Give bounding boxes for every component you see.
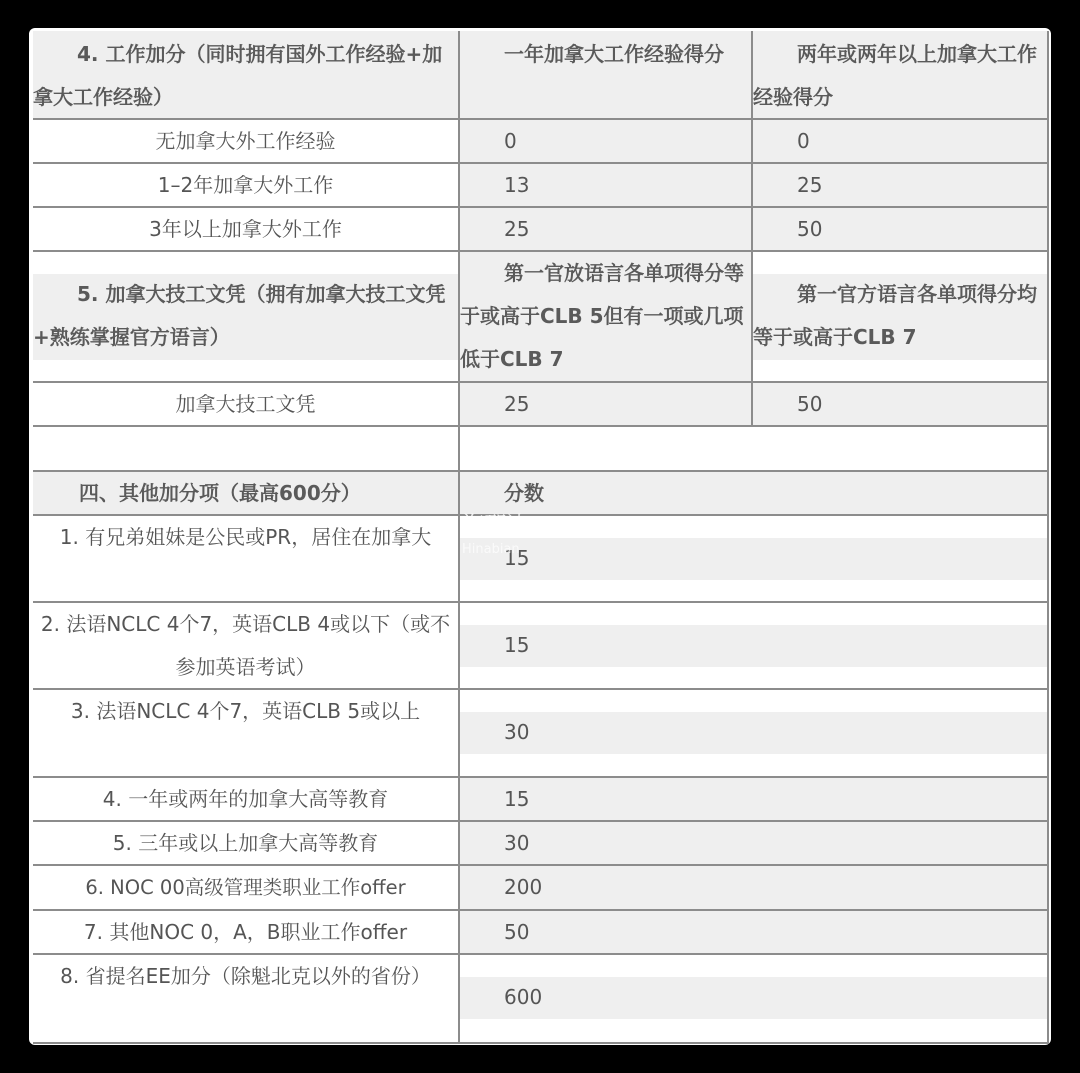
table-cell-value: 0 — [753, 120, 1049, 164]
empty-cell — [460, 427, 1049, 472]
table-cell-value: 13 — [460, 164, 753, 208]
table-cell-value: 30 — [460, 690, 1049, 778]
header-clb5: 第一官放语言各单项得分等于或高于CLB 5但有一项或几项低于CLB 7 — [460, 252, 753, 383]
table-row-label: 3. 法语NCLC 4个7，英语CLB 5或以上 — [33, 690, 460, 778]
table-row-label: 7. 其他NOC 0，A，B职业工作offer — [33, 911, 460, 955]
table-cell-value: 30 — [460, 822, 1049, 866]
table-cell-value: 600 — [460, 955, 1049, 1044]
table-cell-value: 25 — [460, 208, 753, 252]
table-row-label: 5. 三年或以上加拿大高等教育 — [33, 822, 460, 866]
header-two-plus: 两年或两年以上加拿大工作经验得分 — [753, 31, 1049, 120]
table-row-label: 1–2年加拿大外工作 — [33, 164, 460, 208]
table-cell-value: 15 — [460, 778, 1049, 822]
empty-cell — [33, 427, 460, 472]
table-cell-value: 50 — [460, 911, 1049, 955]
table-cell-value: 0 — [460, 120, 753, 164]
header-other: 四、其他加分项（最高600分） — [33, 472, 460, 516]
table-row-label: 3年以上加拿大外工作 — [33, 208, 460, 252]
table-cell-value: 25 — [753, 164, 1049, 208]
table-cell-value: 50 — [753, 208, 1049, 252]
table-row-label: 加拿大技工文凭 — [33, 383, 460, 427]
score-table: 4. 工作加分（同时拥有国外工作经验+加拿大工作经验） 一年加拿大工作经验得分 … — [33, 31, 1047, 1042]
table-row-label: 6. NOC 00高级管理类职业工作offer — [33, 866, 460, 911]
header-one-year: 一年加拿大工作经验得分 — [460, 31, 753, 120]
header-trade: 5. 加拿大技工文凭（拥有加拿大技工文凭+熟练掌握官方语言） — [33, 252, 460, 383]
table-cell-value: 25 — [460, 383, 753, 427]
header-work-combo: 4. 工作加分（同时拥有国外工作经验+加拿大工作经验） — [33, 31, 460, 120]
table-cell-value: 50 — [753, 383, 1049, 427]
table-cell-value: 15 — [460, 603, 1049, 690]
table-row-label: 8. 省提名EE加分（除魁北克以外的省份） — [33, 955, 460, 1044]
table-row-label: 1. 有兄弟姐妹是公民或PR，居住在加拿大 — [33, 516, 460, 603]
table-cell-value: 200 — [460, 866, 1049, 911]
header-clb7: 第一官方语言各单项得分均等于或高于CLB 7 — [753, 252, 1049, 383]
table-row-label: 2. 法语NCLC 4个7，英语CLB 4或以下（或不参加英语考试） — [33, 603, 460, 690]
table-row-label: 无加拿大外工作经验 — [33, 120, 460, 164]
header-score: 分数 — [460, 472, 1049, 516]
table-row-label: 4. 一年或两年的加拿大高等教育 — [33, 778, 460, 822]
table-cell-value: 15 — [460, 516, 1049, 603]
